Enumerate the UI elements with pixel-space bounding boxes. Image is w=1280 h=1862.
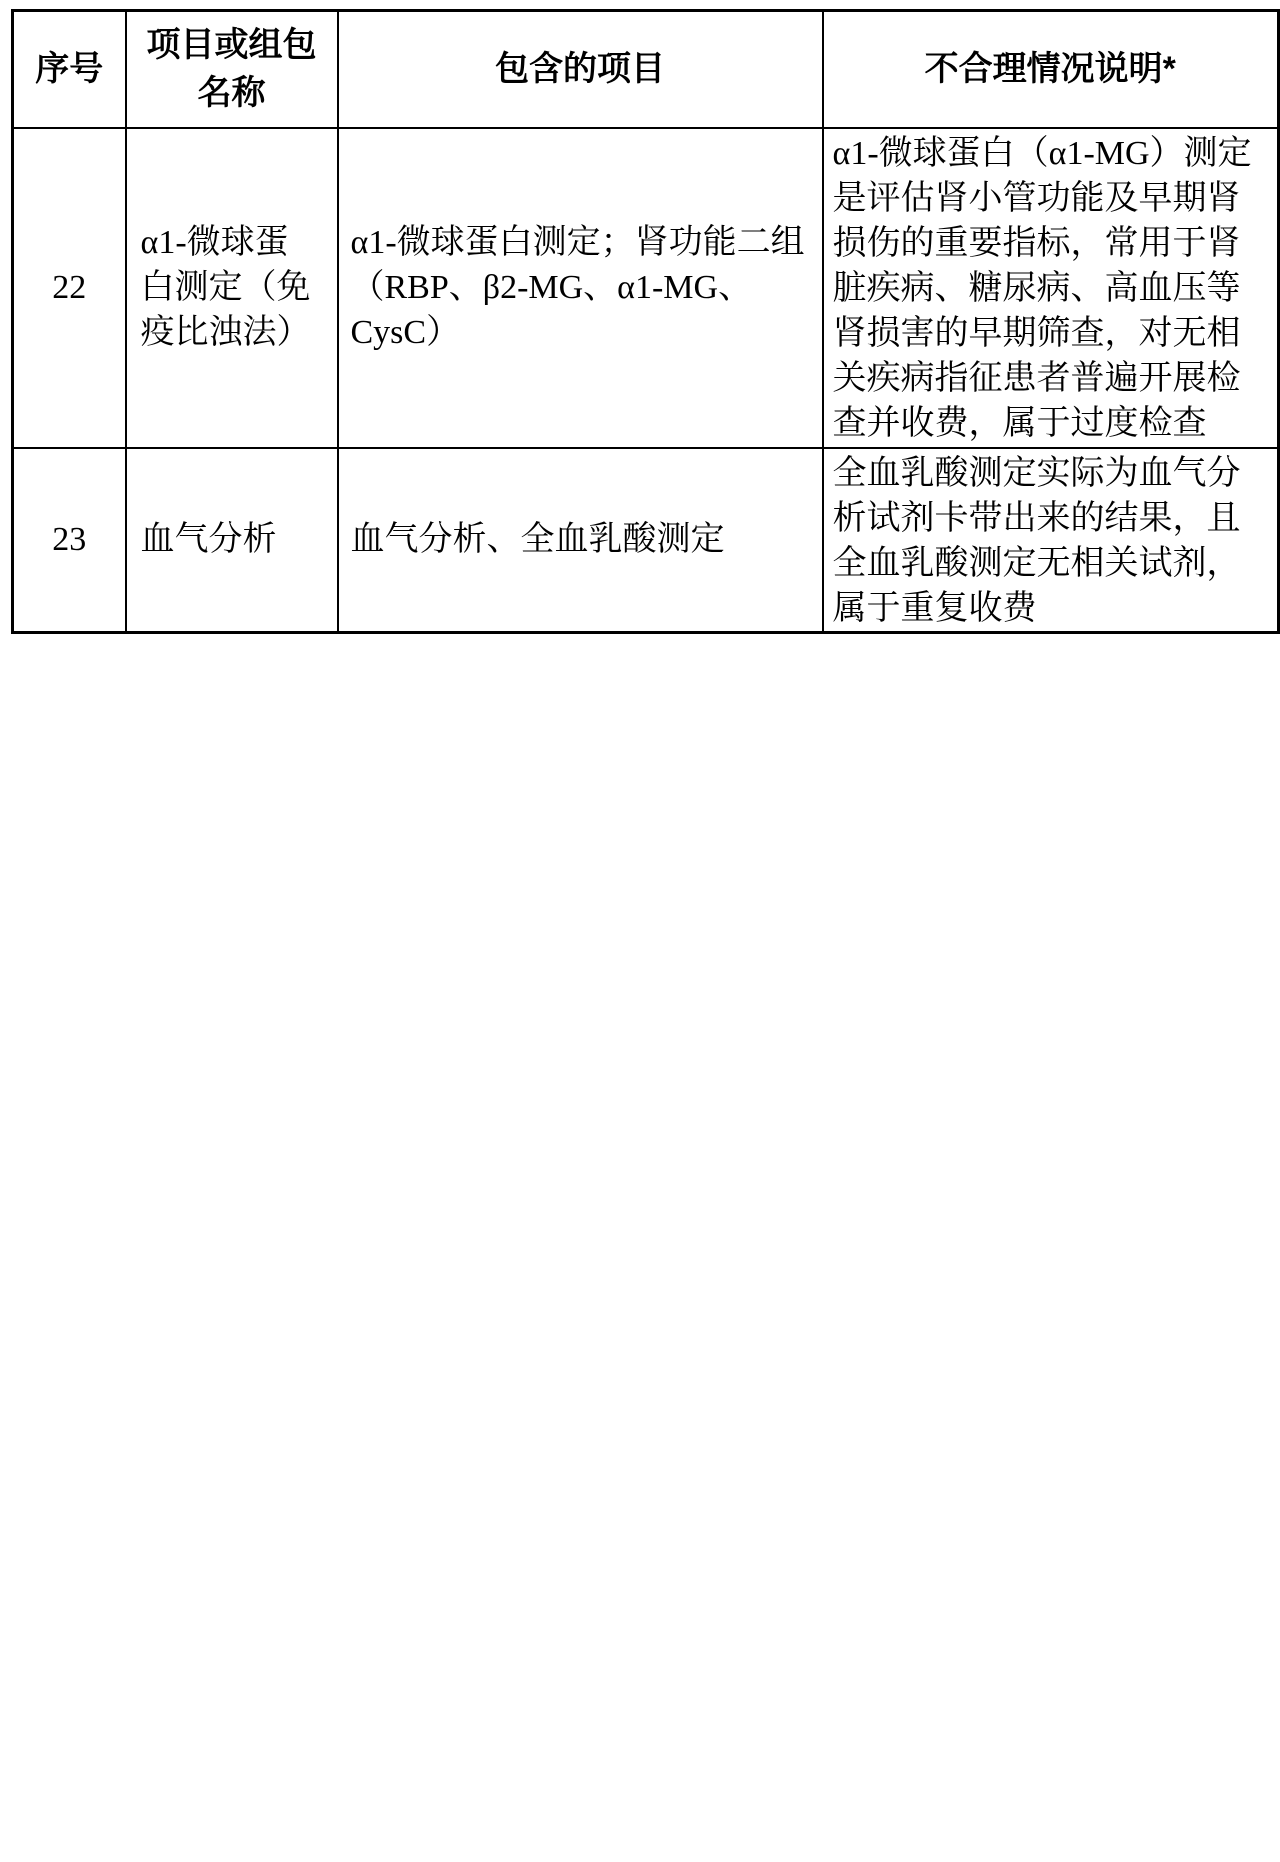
inspection-items-table: 序号 项目或组包 名称 包含的项目 不合理情况说明* 22 α1-微球蛋 白测定… [11,9,1280,634]
cell-included-items: α1-微球蛋白测定；肾功能二组 （RBP、β2-MG、α1-MG、 CysC） [338,128,823,448]
table-row-23: 23 血气分析 血气分析、全血乳酸测定 全血乳酸测定实际为血气分 析试剂卡带出来… [13,448,1279,633]
cell-serial-number: 23 [13,448,126,633]
cell-serial-number: 22 [13,128,126,448]
cell-unreasonable-explanation: 全血乳酸测定实际为血气分 析试剂卡带出来的结果，且 全血乳酸测定无相关试剂， 属… [823,448,1279,633]
header-unreasonable-explanation: 不合理情况说明* [823,11,1279,128]
header-item-or-package-name: 项目或组包 名称 [126,11,338,128]
table-row-22: 22 α1-微球蛋 白测定（免 疫比浊法） α1-微球蛋白测定；肾功能二组 （R… [13,128,1279,448]
table-header-row: 序号 项目或组包 名称 包含的项目 不合理情况说明* [13,11,1279,128]
cell-item-name: α1-微球蛋 白测定（免 疫比浊法） [126,128,338,448]
document-page: 序号 项目或组包 名称 包含的项目 不合理情况说明* 22 α1-微球蛋 白测定… [0,0,1280,1862]
cell-included-items: 血气分析、全血乳酸测定 [338,448,823,633]
header-serial-number: 序号 [13,11,126,128]
cell-unreasonable-explanation: α1-微球蛋白（α1-MG）测定 是评估肾小管功能及早期肾 损伤的重要指标，常用… [823,128,1279,448]
cell-item-name: 血气分析 [126,448,338,633]
header-included-items: 包含的项目 [338,11,823,128]
